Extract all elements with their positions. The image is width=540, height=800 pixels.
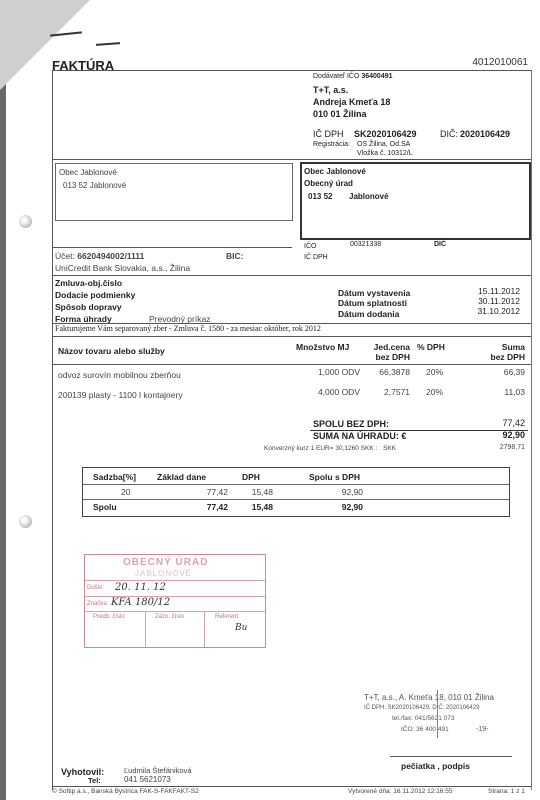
issue-date: 15.11.2012 bbox=[478, 286, 520, 296]
supplier-icdph: SK2020106429 bbox=[354, 129, 417, 139]
due-date-label: Dátum splatnosti bbox=[338, 298, 407, 308]
bic-label: BIC: bbox=[226, 251, 243, 261]
tel-value: 041 5621073 bbox=[124, 775, 171, 784]
stamp-title: OBECNÝ ÚRAD bbox=[123, 557, 208, 568]
tax-total-base: 77,42 bbox=[173, 502, 228, 512]
col-header-name: Názov tovaru alebo služby bbox=[58, 346, 165, 356]
supplier-city: 010 01 Žilina bbox=[313, 109, 367, 119]
col-header-unit-price-2: bez DPH bbox=[360, 352, 410, 362]
stamp-subtitle: JABLONOVÉ bbox=[135, 569, 192, 578]
divider bbox=[52, 786, 531, 787]
conversion-currency: SKK bbox=[383, 445, 396, 452]
divider bbox=[83, 484, 509, 485]
tax-header-vat: DPH bbox=[242, 472, 260, 482]
account-number: 6620494002/1111 bbox=[77, 251, 144, 261]
subtotal-label: SPOLU BEZ DPH: bbox=[313, 419, 389, 429]
divider bbox=[52, 159, 531, 160]
conversion-label: Konverzný kurz 1 EUR= 30,1260 SKK : bbox=[264, 445, 377, 452]
supplier-street: Andreja Kmeťa 18 bbox=[313, 97, 390, 107]
customer-city: Jablonové bbox=[349, 192, 389, 201]
item-sum: 66,39 bbox=[470, 367, 525, 377]
bank-name: UniCredit Bank Slovakia, a.s., Žilina bbox=[55, 263, 190, 273]
invoice-number: 4012010061 bbox=[472, 57, 528, 68]
col-header-sum-2: bez DPH bbox=[470, 352, 525, 362]
delivery-date: 31.10.2012 bbox=[477, 306, 520, 316]
tax-total-vat: 15,48 bbox=[223, 502, 273, 512]
page-label: Strana: bbox=[488, 788, 509, 795]
company-stamp-number: -19- bbox=[476, 726, 488, 733]
company-stamp-line2: IČ DPH: SK2020106429, DIČ: 2020106429 bbox=[364, 705, 479, 711]
transport-label: Spôsob dopravy bbox=[55, 302, 122, 312]
item-unit-price: 2,7571 bbox=[360, 387, 410, 397]
registration-line2: Vložka č. 10312/L bbox=[357, 150, 413, 157]
tax-header-base: Základ dane bbox=[157, 472, 206, 482]
page-value: 1 z 1 bbox=[511, 788, 525, 795]
supplier-name: T+T, a.s. bbox=[313, 85, 348, 95]
tax-total-label: Spolu bbox=[93, 502, 117, 512]
customer-dept: Obecný úrad bbox=[304, 179, 353, 188]
total-value: 92,90 bbox=[470, 430, 525, 440]
delivery-line1: Obec Jablonové bbox=[59, 168, 117, 177]
item-sum: 11,03 bbox=[470, 387, 525, 397]
scan-edge bbox=[0, 0, 6, 800]
tax-base: 77,42 bbox=[173, 487, 228, 497]
stamp-col-rec: Zázn. číslo bbox=[155, 614, 184, 620]
stamp-col-prev: Predb. číslo bbox=[93, 614, 125, 620]
company-stamp-line1: T+T, a.s., A. Kmeťa 18, 010 01 Žilina bbox=[364, 693, 494, 702]
signature-stroke bbox=[437, 690, 438, 738]
divider bbox=[83, 499, 509, 500]
item-qty: 1,000 ODV bbox=[280, 367, 360, 377]
tax-summary-table: Sadzba[%] Základ dane DPH Spolu s DPH 20… bbox=[82, 467, 510, 517]
stamp-col-referent: Referent bbox=[215, 614, 238, 620]
software-credit: © Softip a.s., Banská Bystrica FAK-S-FAK… bbox=[52, 788, 199, 795]
signature-line bbox=[390, 756, 512, 757]
company-stamp-line3: tel./fax: 041/5621 073 bbox=[392, 715, 455, 722]
item-vat: 20% bbox=[426, 387, 443, 397]
total-label: SUMA NA ÚHRADU: € bbox=[313, 431, 406, 441]
issued-by-name: Ľudmila Štefániková bbox=[124, 766, 192, 775]
issue-date-label: Dátum vystavenia bbox=[338, 288, 410, 298]
customer-ico: 00321338 bbox=[350, 241, 381, 248]
divider bbox=[52, 275, 531, 276]
delivery-terms-label: Dodacie podmienky bbox=[55, 290, 135, 300]
created-label: Vytvorené dňa: bbox=[348, 788, 391, 795]
stamp-received-label: Došlo: bbox=[87, 585, 104, 591]
stamp-mark-label: Značka bbox=[87, 601, 107, 607]
item-vat: 20% bbox=[426, 367, 443, 377]
divider bbox=[52, 336, 531, 337]
tax-vat: 15,48 bbox=[223, 487, 273, 497]
pen-mark bbox=[96, 42, 120, 46]
customer-dic-label: DIČ bbox=[434, 241, 446, 248]
referent-signature: Bu bbox=[235, 623, 247, 633]
customer-ico-label: IČO bbox=[304, 243, 316, 250]
supplier-ico-label: Dodávateľ IČO bbox=[313, 73, 359, 80]
delivery-address-box: Obec Jablonové 013 52 Jablonové bbox=[55, 163, 293, 221]
tel-label: Tel: bbox=[88, 776, 101, 785]
tax-header-rate: Sadzba[%] bbox=[93, 472, 136, 482]
created-value: 16.11.2012 12:16:55 bbox=[393, 788, 452, 795]
item-name: odvoz surovín mobilnou zberňou bbox=[58, 370, 181, 380]
tax-rate: 20 bbox=[121, 487, 130, 497]
divider bbox=[52, 70, 531, 71]
punch-hole-icon bbox=[19, 215, 32, 228]
divider bbox=[52, 364, 531, 365]
delivery-date-label: Dátum dodania bbox=[338, 309, 399, 319]
stamp-mark-value: KFA 180/12 bbox=[111, 597, 170, 608]
col-header-unit-price: Jed.cena bbox=[360, 342, 410, 352]
delivery-line2: 013 52 Jablonové bbox=[63, 181, 126, 190]
punch-hole-icon bbox=[19, 515, 32, 528]
customer-name: Obec Jablonové bbox=[304, 167, 366, 176]
invoice-note: Fakturujeme Vám separovaný zber - Zmluva… bbox=[55, 324, 321, 333]
due-date: 30.11.2012 bbox=[478, 296, 520, 306]
signature-label: pečiatka , podpis bbox=[401, 761, 470, 771]
subtotal-value: 77,42 bbox=[470, 418, 525, 428]
item-unit-price: 66,3878 bbox=[360, 367, 410, 377]
stamp-received-value: 20. 11. 12 bbox=[115, 582, 166, 593]
divider bbox=[52, 247, 292, 248]
tax-total: 92,90 bbox=[308, 487, 363, 497]
supplier-dic: 2020106429 bbox=[460, 129, 510, 139]
tax-total-total: 92,90 bbox=[308, 502, 363, 512]
supplier-ico: 36400491 bbox=[361, 73, 392, 80]
customer-box: Obec Jablonové Obecný úrad 013 52 Jablon… bbox=[300, 162, 531, 240]
received-stamp: OBECNÝ ÚRAD JABLONOVÉ Došlo: 20. 11. 12 … bbox=[84, 554, 266, 648]
company-stamp-line4: IČO: 36 400 491 bbox=[401, 726, 449, 733]
supplier-icdph-label: IČ DPH bbox=[313, 129, 344, 139]
contract-label: Zmluva-obj.čislo bbox=[55, 278, 122, 288]
tax-header-total: Spolu s DPH bbox=[309, 472, 360, 482]
col-header-sum: Suma bbox=[470, 342, 525, 352]
col-header-vat: % DPH bbox=[417, 342, 445, 352]
supplier-dic-label: DIČ: bbox=[440, 129, 458, 139]
customer-zip: 013 52 bbox=[308, 192, 332, 201]
registration-line1: OS Žilina, Od.SA bbox=[357, 141, 410, 148]
account-label: Účet: bbox=[55, 251, 75, 261]
conversion-value: 2798,71 bbox=[470, 444, 525, 451]
item-qty: 4,000 ODV bbox=[280, 387, 360, 397]
registration-label: Registrácia: bbox=[313, 141, 350, 148]
item-name: 200139 plasty - 1100 l kontajnery bbox=[58, 390, 183, 400]
customer-icdph-label: IČ DPH bbox=[304, 254, 328, 261]
col-header-qty: Množstvo MJ bbox=[296, 342, 349, 352]
